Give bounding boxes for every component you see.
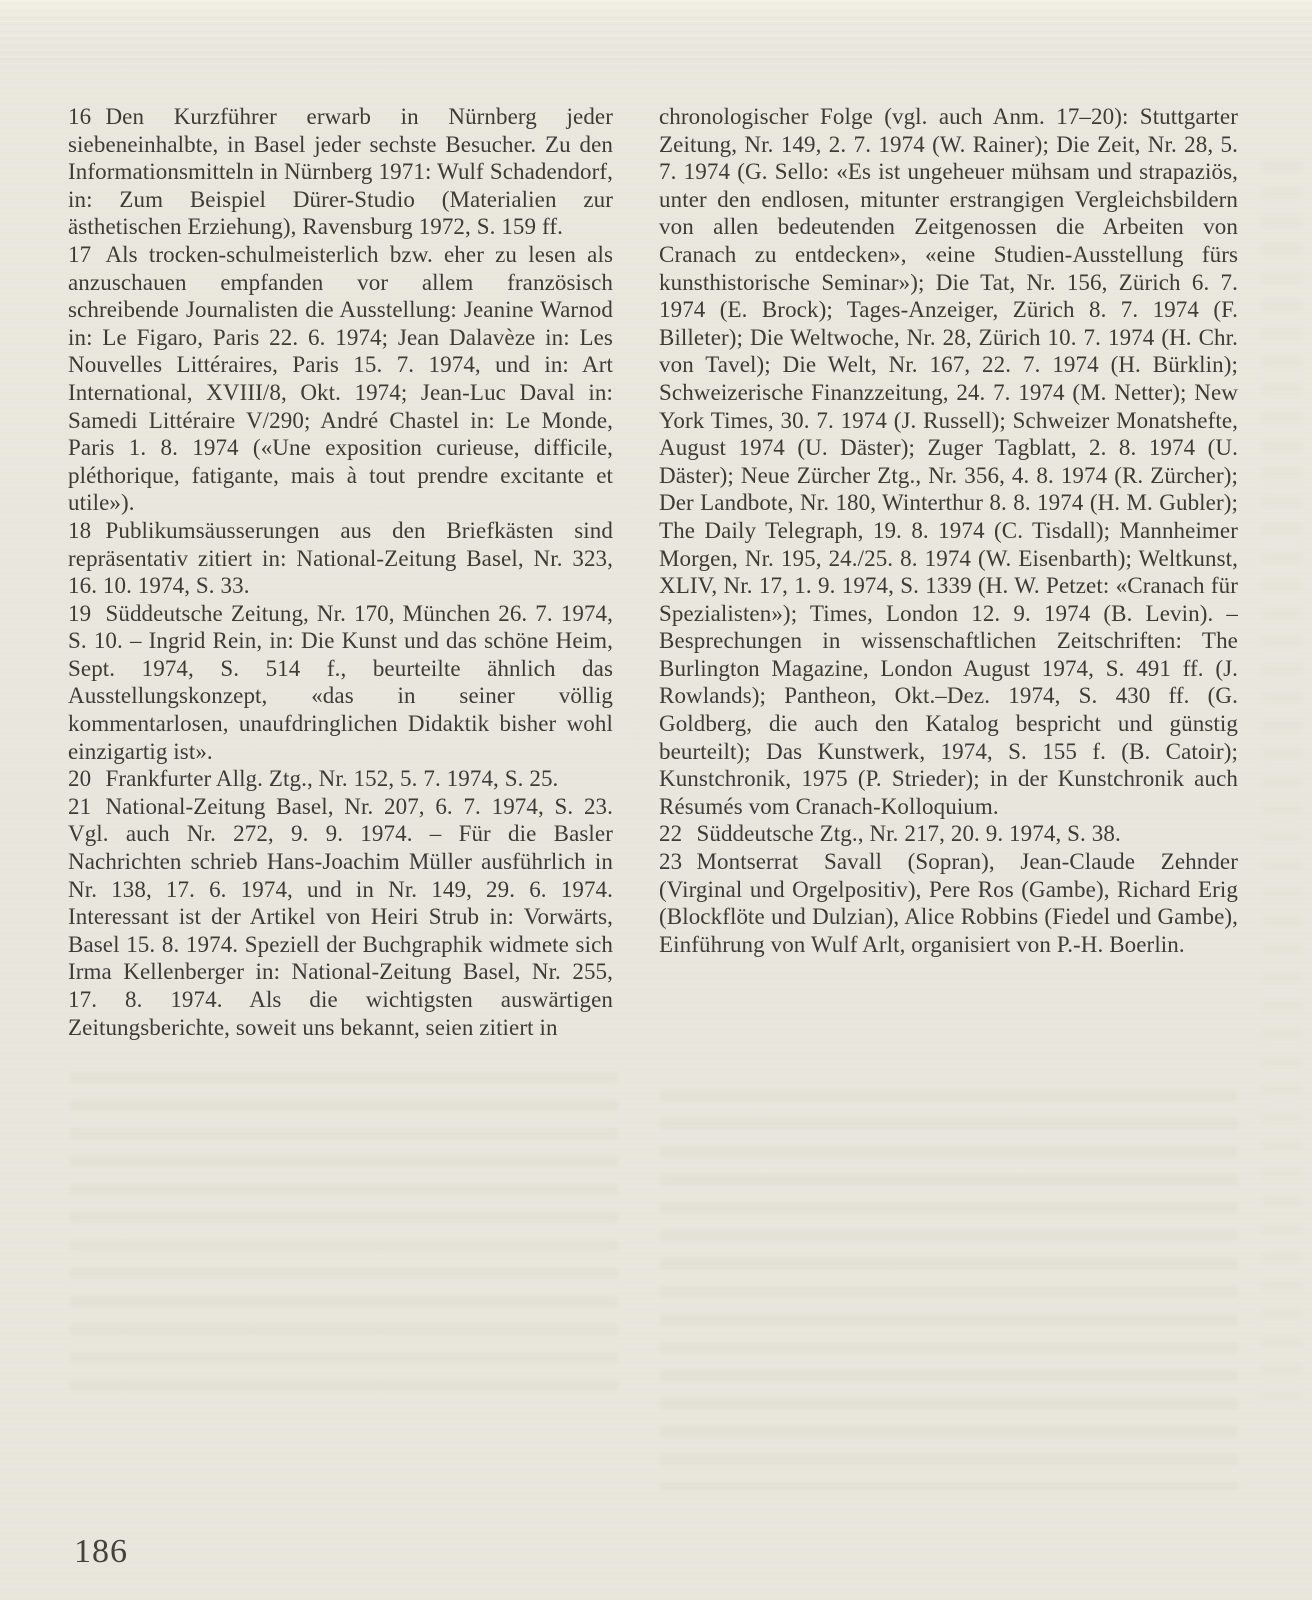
footnote-16-text: Den Kurzführer erwarb in Nürnberg jeder … — [68, 104, 613, 239]
bleed-through-right-margin — [1262, 160, 1302, 1400]
footnote-23-text: Montserrat Savall (Sopran), Jean-Claude … — [659, 849, 1238, 957]
footnote-17: 17Als trocken-schulmeisterlich bzw. eher… — [68, 241, 613, 517]
scanned-book-page: 16Den Kurzführer erwarb in Nürnberg jede… — [0, 0, 1312, 1600]
footnote-21-continuation: chronologischer Folge (vgl. auch Anm. 17… — [659, 103, 1238, 820]
footnote-23-number: 23 — [659, 849, 682, 874]
footnote-17-text: Als trocken-schulmeisterlich bzw. eher z… — [68, 242, 613, 515]
footnote-20-text: Frankfurter Allg. Ztg., Nr. 152, 5. 7. 1… — [105, 766, 558, 791]
footnote-19: 19Süddeutsche Zeitung, Nr. 170, München … — [68, 600, 613, 766]
footnote-22-number: 22 — [659, 821, 682, 846]
paper-edge-texture — [0, 0, 1312, 70]
footnote-19-number: 19 — [68, 601, 91, 626]
footnote-18-text: Publikumsäusserungen aus den Briefkästen… — [68, 518, 613, 598]
footnote-19-text: Süddeutsche Zeitung, Nr. 170, München 26… — [68, 601, 613, 764]
footnote-22: 22Süddeutsche Ztg., Nr. 217, 20. 9. 1974… — [659, 820, 1238, 848]
footnote-23: 23Montserrat Savall (Sopran), Jean-Claud… — [659, 848, 1238, 958]
footnote-20-number: 20 — [68, 766, 91, 791]
footnote-20: 20Frankfurter Allg. Ztg., Nr. 152, 5. 7.… — [68, 765, 613, 793]
footnotes-column-right: chronologischer Folge (vgl. auch Anm. 17… — [659, 103, 1238, 958]
footnote-16-number: 16 — [68, 104, 91, 129]
footnotes-column-left: 16Den Kurzführer erwarb in Nürnberg jede… — [68, 103, 613, 1041]
footnote-17-number: 17 — [68, 242, 91, 267]
footnote-18-number: 18 — [68, 518, 91, 543]
footnote-22-text: Süddeutsche Ztg., Nr. 217, 20. 9. 1974, … — [696, 821, 1120, 846]
footnote-21: 21National-Zeitung Basel, Nr. 207, 6. 7.… — [68, 793, 613, 1041]
bleed-through-text-left — [70, 1072, 618, 1402]
footnote-21-text: National-Zeitung Basel, Nr. 207, 6. 7. 1… — [68, 794, 613, 1040]
footnote-18: 18Publikumsäusserungen aus den Briefkäst… — [68, 517, 613, 600]
footnote-16: 16Den Kurzführer erwarb in Nürnberg jede… — [68, 103, 613, 241]
footnote-21-continuation-text: chronologischer Folge (vgl. auch Anm. 17… — [659, 104, 1238, 819]
page-number: 186 — [74, 1532, 128, 1572]
footnote-21-number: 21 — [68, 794, 91, 819]
bleed-through-text-right — [660, 1090, 1238, 1490]
